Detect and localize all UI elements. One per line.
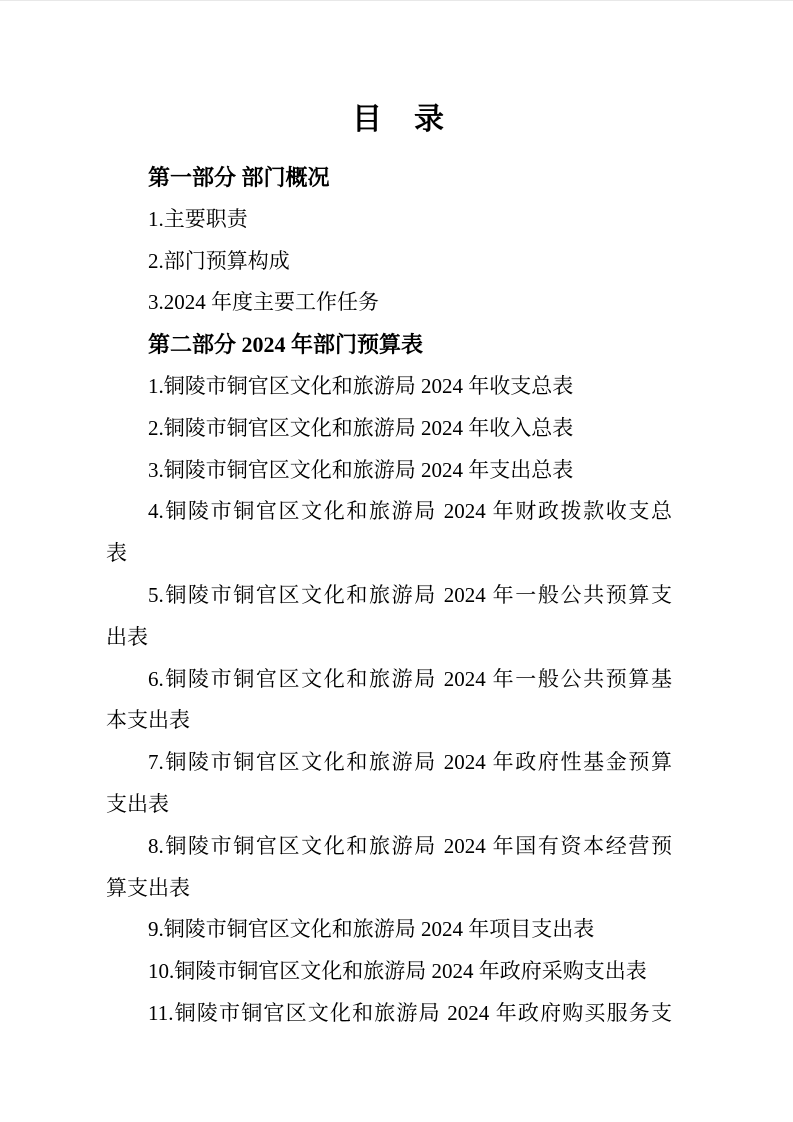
toc-item-p2-5: 5.铜陵市铜官区文化和旅游局 2024 年一般公共预算支 xyxy=(106,575,672,617)
document-page: 目 录 第一部分 部门概况 1.主要职责 2.部门预算构成 3.2024 年度主… xyxy=(0,0,793,1122)
toc-item-p2-11: 11.铜陵市铜官区文化和旅游局 2024 年政府购买服务支 xyxy=(106,993,672,1035)
toc-item-p2-2: 2.铜陵市铜官区文化和旅游局 2024 年收入总表 xyxy=(106,408,672,450)
toc-heading-part-1: 第一部分 部门概况 xyxy=(106,157,672,199)
toc-item-p2-3: 3.铜陵市铜官区文化和旅游局 2024 年支出总表 xyxy=(106,450,672,492)
page-title: 目 录 xyxy=(106,98,691,142)
toc-item-p2-7: 7.铜陵市铜官区文化和旅游局 2024 年政府性基金预算 xyxy=(106,742,672,784)
toc-heading-part-2: 第二部分 2024 年部门预算表 xyxy=(106,324,672,366)
toc-item-p2-4-wrap: 表 xyxy=(106,533,672,575)
toc-item-p2-7-wrap: 支出表 xyxy=(106,784,672,826)
toc-item-p2-9: 9.铜陵市铜官区文化和旅游局 2024 年项目支出表 xyxy=(106,909,672,951)
toc-item-p2-8: 8.铜陵市铜官区文化和旅游局 2024 年国有资本经营预 xyxy=(106,826,672,868)
toc-item-p2-6-wrap: 本支出表 xyxy=(106,700,672,742)
toc-item-p1-2: 2.部门预算构成 xyxy=(106,241,672,283)
toc-item-p2-4: 4.铜陵市铜官区文化和旅游局 2024 年财政拨款收支总 xyxy=(106,491,672,533)
toc-item-p2-10: 10.铜陵市铜官区文化和旅游局 2024 年政府采购支出表 xyxy=(106,951,672,993)
toc-item-p1-1: 1.主要职责 xyxy=(106,199,672,241)
toc-item-p2-6: 6.铜陵市铜官区文化和旅游局 2024 年一般公共预算基 xyxy=(106,659,672,701)
toc-item-p1-3: 3.2024 年度主要工作任务 xyxy=(106,282,672,324)
toc-item-p2-8-wrap: 算支出表 xyxy=(106,868,672,910)
toc-item-p2-1: 1.铜陵市铜官区文化和旅游局 2024 年收支总表 xyxy=(106,366,672,408)
toc-item-p2-5-wrap: 出表 xyxy=(106,617,672,659)
